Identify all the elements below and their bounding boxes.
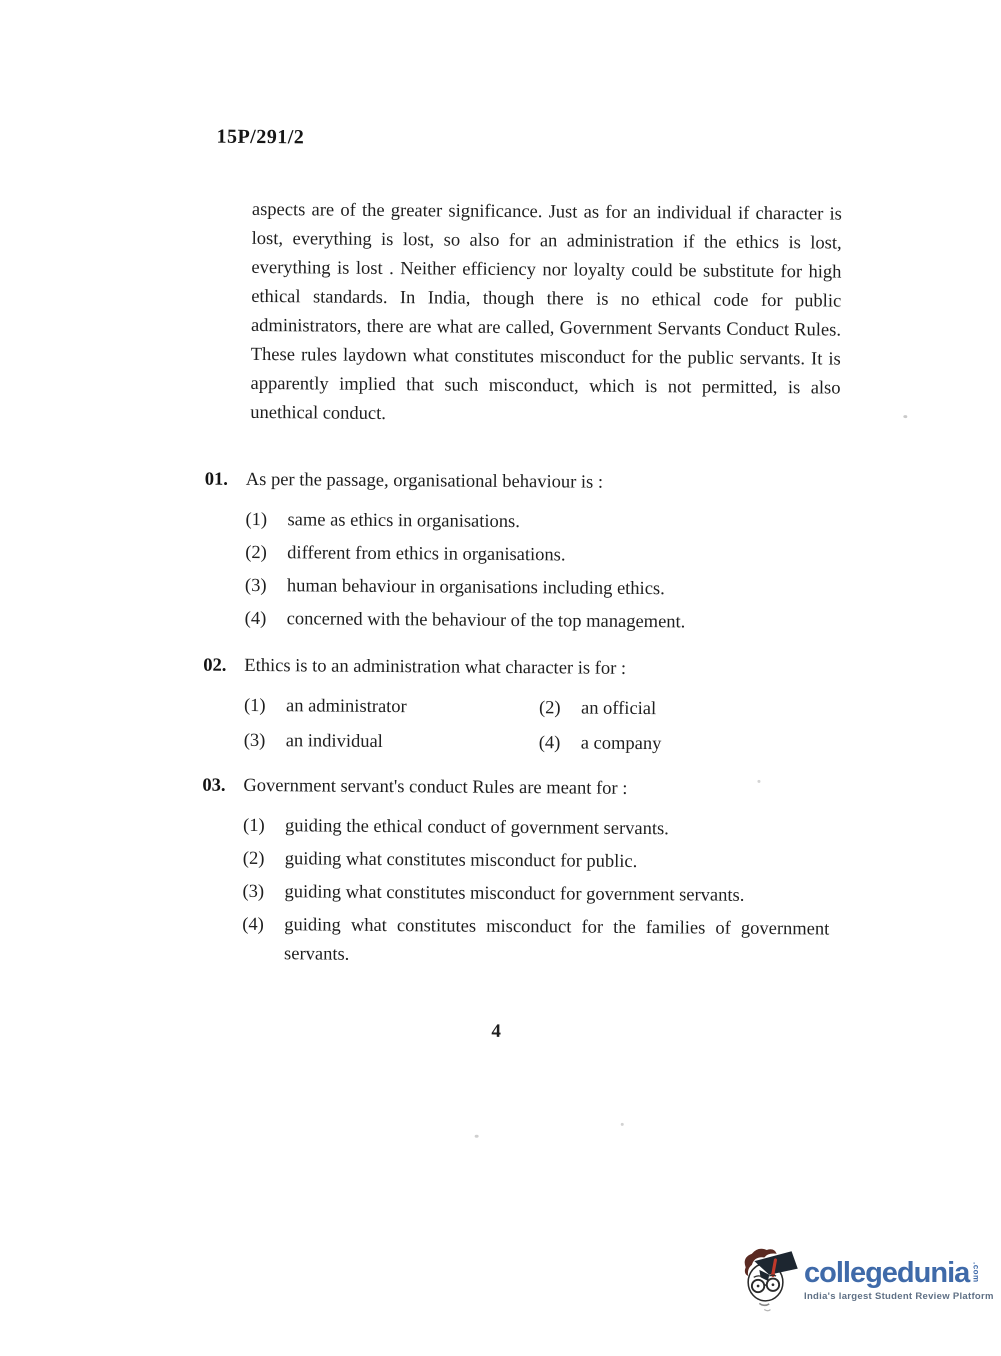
option: (4) concerned with the behaviour of the … bbox=[245, 605, 869, 639]
question-text: Ethics is to an administration what char… bbox=[244, 652, 868, 686]
question-02-head: 02. Ethics is to an administration what … bbox=[203, 652, 868, 686]
option: (2) guiding what constitutes misconduct … bbox=[243, 845, 867, 879]
option-label: (4) bbox=[242, 911, 284, 969]
option-label: (1) bbox=[244, 692, 286, 727]
page-number: 4 bbox=[491, 1021, 501, 1043]
question-01-head: 01. As per the passage, organisational b… bbox=[205, 466, 870, 500]
option: (1) same as ethics in organisations. bbox=[245, 506, 869, 540]
option-label: (1) bbox=[245, 506, 287, 535]
option-label: (2) bbox=[243, 845, 285, 874]
option-text: a company bbox=[581, 730, 662, 766]
collegedunia-logo: collegedunia .com India's largest Studen… bbox=[737, 1243, 987, 1323]
option-label: (3) bbox=[242, 878, 284, 907]
question-02: 02. Ethics is to an administration what … bbox=[203, 652, 869, 767]
option-text: same as ethics in organisations. bbox=[287, 506, 520, 537]
collegedunia-text: collegedunia .com India's largest Studen… bbox=[804, 1243, 994, 1302]
paper-code: 15P/291/2 bbox=[216, 126, 304, 150]
option-text: guiding the ethical conduct of governmen… bbox=[285, 812, 669, 844]
option-text: different from ethics in organisations. bbox=[287, 539, 566, 570]
brand-suffix: .com bbox=[971, 1262, 980, 1283]
question-text: Government servant's conduct Rules are m… bbox=[243, 772, 867, 806]
question-text: As per the passage, organisational behav… bbox=[246, 466, 870, 500]
option-label: (4) bbox=[539, 729, 581, 764]
option-label: (2) bbox=[539, 694, 581, 729]
scan-speck bbox=[621, 1123, 624, 1126]
option-text: an individual bbox=[286, 727, 383, 763]
question-01: 01. As per the passage, organisational b… bbox=[204, 466, 870, 643]
collegedunia-mascot-icon bbox=[737, 1243, 799, 1319]
option-text: guiding what constitutes misconduct for … bbox=[284, 911, 829, 973]
option-label: (3) bbox=[244, 727, 286, 762]
option-text: an official bbox=[581, 695, 656, 731]
option: (4) guiding what constitutes misconduct … bbox=[242, 911, 866, 974]
option-text: guiding what constitutes misconduct for … bbox=[285, 845, 638, 877]
question-01-options: (1) same as ethics in organisations. (2)… bbox=[245, 506, 870, 639]
question-02-options: (1) an administrator (2) an official (3)… bbox=[244, 692, 869, 767]
option: (3) human behaviour in organisations inc… bbox=[245, 572, 869, 606]
option-label: (4) bbox=[245, 605, 287, 634]
passage-paragraph: aspects are of the greater significance.… bbox=[250, 196, 842, 433]
scanned-exam-page: { "page": { "header_code": "15P/291/2", … bbox=[0, 0, 1001, 1356]
scan-speck bbox=[903, 415, 907, 418]
option-text: human behaviour in organisations includi… bbox=[287, 572, 665, 604]
option: (2) different from ethics in organisatio… bbox=[245, 539, 869, 573]
option: (4) a company bbox=[539, 729, 868, 767]
option: (1) an administrator bbox=[244, 692, 539, 729]
option: (1) guiding the ethical conduct of gover… bbox=[243, 812, 867, 846]
question-number: 01. bbox=[205, 466, 246, 495]
question-03-head: 03. Government servant's conduct Rules a… bbox=[202, 772, 867, 806]
scan-speck bbox=[475, 1135, 479, 1138]
option-label: (3) bbox=[245, 572, 287, 601]
scan-speck bbox=[757, 780, 760, 783]
option: (2) an official bbox=[539, 694, 868, 732]
option-text: concerned with the behaviour of the top … bbox=[287, 605, 686, 637]
option: (3) an individual bbox=[244, 727, 539, 764]
question-number: 02. bbox=[203, 652, 244, 681]
brand-tagline: India's largest Student Review Platform bbox=[804, 1291, 994, 1302]
option-text: guiding what constitutes misconduct for … bbox=[284, 878, 744, 911]
scan-content: 15P/291/2 aspects are of the greater sig… bbox=[0, 0, 1001, 1356]
question-03-options: (1) guiding the ethical conduct of gover… bbox=[242, 812, 867, 974]
question-number: 03. bbox=[202, 772, 243, 801]
option-text: an administrator bbox=[286, 692, 407, 728]
option-label: (2) bbox=[245, 539, 287, 568]
option-label: (1) bbox=[243, 812, 285, 841]
question-03: 03. Government servant's conduct Rules a… bbox=[201, 772, 868, 978]
brand-name: collegedunia bbox=[804, 1259, 969, 1287]
option: (3) guiding what constitutes misconduct … bbox=[242, 878, 866, 912]
